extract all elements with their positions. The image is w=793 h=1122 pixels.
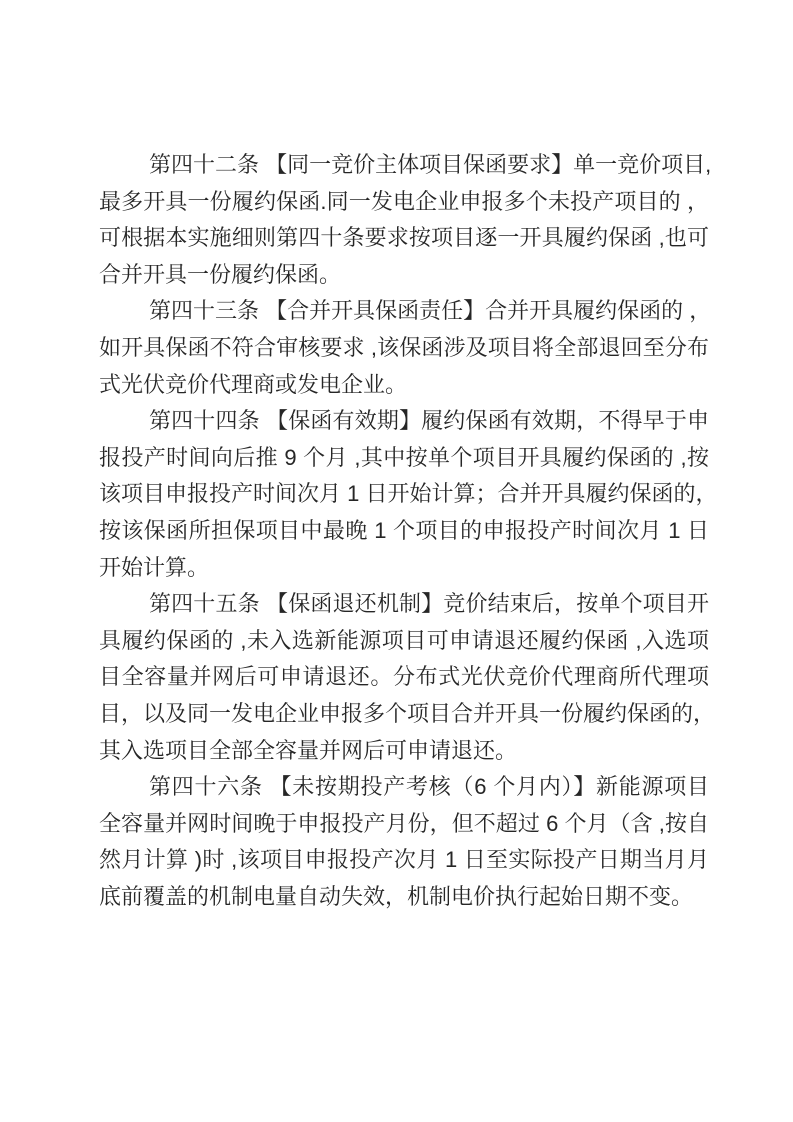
text-line: 式光伏竞价代理商或发电企业。 bbox=[99, 367, 709, 404]
paragraph-article-44: 第四十四条 【保函有效期】履约保函有效期，不得早于申 报投产时间向后推 9 个月… bbox=[99, 403, 709, 586]
text-line: 第四十二条 【同一竞价主体项目保函要求】单一竞价项目, bbox=[99, 147, 709, 184]
text-line: 第四十五条 【保函退还机制】竞价结束后，按单个项目开 bbox=[99, 586, 709, 623]
text-line: 底前覆盖的机制电量自动失效，机制电价执行起始日期不变。 bbox=[99, 879, 709, 916]
document-page: 第四十二条 【同一竞价主体项目保函要求】单一竞价项目, 最多开具一份履约保函.同… bbox=[0, 0, 793, 1122]
text-line: 其入选项目全部全容量并网后可申请退还。 bbox=[99, 733, 709, 770]
text-line: 目，以及同一发电企业申报多个项目合并开具一份履约保函的， bbox=[99, 696, 709, 733]
text-line: 报投产时间向后推 9 个月 ,其中按单个项目开具履约保函的 ,按 bbox=[99, 440, 709, 477]
document-body: 第四十二条 【同一竞价主体项目保函要求】单一竞价项目, 最多开具一份履约保函.同… bbox=[99, 147, 709, 915]
paragraph-article-45: 第四十五条 【保函退还机制】竞价结束后，按单个项目开 具履约保函的 ,未入选新能… bbox=[99, 586, 709, 769]
paragraph-article-42: 第四十二条 【同一竞价主体项目保函要求】单一竞价项目, 最多开具一份履约保函.同… bbox=[99, 147, 709, 293]
text-line: 全容量并网时间晚于申报投产月份，但不超过 6 个月（含 ,按自 bbox=[99, 806, 709, 843]
text-line: 该项目申报投产时间次月 1 日开始计算；合并开具履约保函的， bbox=[99, 476, 709, 513]
text-line: 具履约保函的 ,未入选新能源项目可申请退还履约保函 ,入选项 bbox=[99, 623, 709, 660]
text-line: 第四十六条 【未按期投产考核（6 个月内）】新能源项目 bbox=[99, 769, 709, 806]
text-line: 按该保函所担保项目中最晚 1 个项目的申报投产时间次月 1 日 bbox=[99, 513, 709, 550]
text-line: 开始计算。 bbox=[99, 550, 709, 587]
text-line: 第四十三条 【合并开具保函责任】合并开具履约保函的 ， bbox=[99, 293, 709, 330]
text-line: 目全容量并网后可申请退还。分布式光伏竞价代理商所代理项 bbox=[99, 659, 709, 696]
text-line: 合并开具一份履约保函。 bbox=[99, 257, 709, 294]
text-line: 然月计算 )时 ,该项目申报投产次月 1 日至实际投产日期当月月 bbox=[99, 842, 709, 879]
paragraph-article-46: 第四十六条 【未按期投产考核（6 个月内）】新能源项目 全容量并网时间晚于申报投… bbox=[99, 769, 709, 915]
text-line: 如开具保函不符合审核要求 ,该保函涉及项目将全部退回至分布 bbox=[99, 330, 709, 367]
paragraph-article-43: 第四十三条 【合并开具保函责任】合并开具履约保函的 ， 如开具保函不符合审核要求… bbox=[99, 293, 709, 403]
text-line: 最多开具一份履约保函.同一发电企业申报多个未投产项目的 ， bbox=[99, 184, 709, 221]
text-line: 第四十四条 【保函有效期】履约保函有效期，不得早于申 bbox=[99, 403, 709, 440]
text-line: 可根据本实施细则第四十条要求按项目逐一开具履约保函 ,也可 bbox=[99, 220, 709, 257]
